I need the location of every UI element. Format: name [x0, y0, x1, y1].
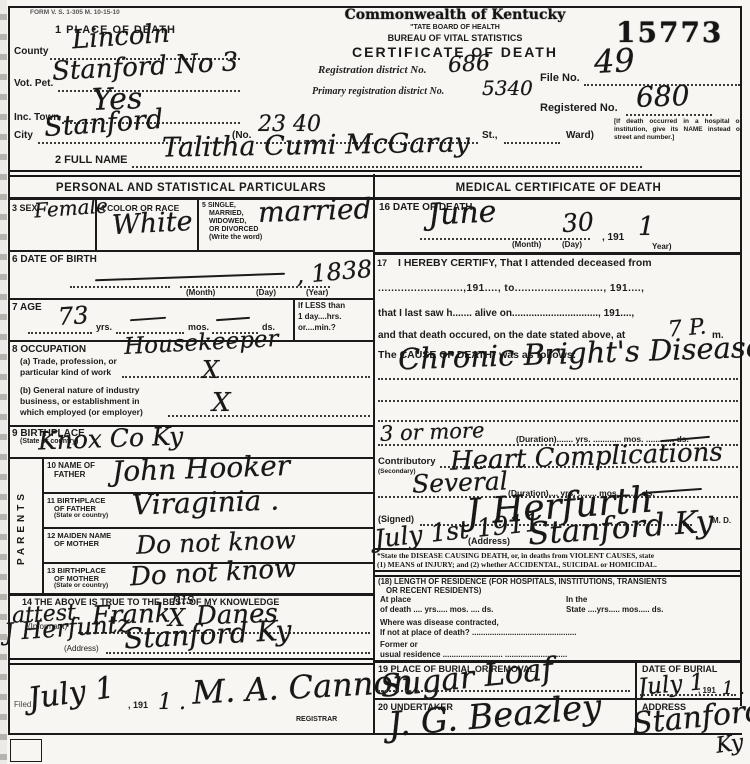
- outer-border-bottom: [8, 733, 742, 735]
- age-box-divider: [293, 298, 295, 340]
- scan-edge-marks: [0, 0, 7, 764]
- certify-line-1: I HEREBY CERTIFY, That I attended deceas…: [398, 257, 652, 269]
- cause-line-1: [378, 378, 738, 380]
- registered-no-line: [626, 114, 712, 116]
- occupation-b-line: [168, 415, 370, 417]
- date-of-death-day-value: 30: [561, 207, 595, 238]
- marital-value: married: [257, 192, 372, 229]
- dob-day-label: (Day): [256, 288, 276, 297]
- date-of-death-month-value: June: [427, 194, 497, 233]
- occupation-a-mark: X: [202, 356, 219, 384]
- date-of-death-month-label: (Month): [512, 240, 541, 249]
- city-label: City: [14, 130, 33, 141]
- registrar-label: REGISTRAR: [296, 716, 337, 723]
- registration-district-value: 686: [447, 51, 490, 78]
- residence-contracted-label-1: Where was disease contracted,: [380, 618, 499, 627]
- informant-address-label: (Address): [64, 644, 99, 653]
- age-value: 73: [57, 301, 89, 331]
- date-of-death-year-label: Year): [652, 242, 672, 251]
- contributory-label: Contributory: [378, 456, 436, 467]
- certify-line-2: ..........................,191...., to..…: [378, 283, 644, 294]
- city-value: Stanford: [43, 104, 164, 143]
- registration-district-label: Registration district No.: [318, 64, 427, 76]
- age-less-label-3: or....min.?: [298, 323, 336, 332]
- medical-row-divider-3: [375, 570, 740, 577]
- dob-label: 6 DATE OF BIRTH: [12, 254, 97, 265]
- occupation-a-line: [122, 376, 370, 378]
- color-marital-divider: [197, 200, 199, 250]
- outer-border-top: [8, 6, 742, 8]
- md-label: M. D.: [712, 516, 731, 525]
- age-yrs-label: yrs.: [96, 322, 112, 332]
- occupation-a-label-1: (a) Trade, profession, or: [20, 356, 117, 366]
- filed-year-printed: , 191: [128, 700, 148, 710]
- occupation-a-label-2: particular kind of work: [20, 367, 111, 377]
- file-no-label: File No.: [540, 72, 580, 84]
- full-name-label: 2 FULL NAME: [55, 154, 128, 166]
- father-name-value: John Hooker: [111, 449, 290, 488]
- death-certificate-scan: FORM V. S. 1-305 M. 10-15-10 1 PLACE OF …: [0, 0, 750, 764]
- county-value: Lincoln: [71, 19, 170, 56]
- residence-at-place-label-2: of death .... yrs..... mos. .... ds.: [380, 605, 493, 614]
- occupation-label: 8 OCCUPATION: [12, 344, 86, 355]
- father-birthplace-value: Viraginia .: [131, 483, 279, 521]
- row-divider-2: [8, 298, 374, 300]
- cause-footnote-1: *State the DISEASE CAUSING DEATH, or, in…: [377, 551, 654, 560]
- full-name-line: [132, 166, 642, 168]
- burial-date-line: [640, 694, 736, 696]
- precinct-line: [58, 90, 240, 92]
- mother-birthplace-value: Do not know: [129, 554, 297, 593]
- age-less-label-2: 1 day....hrs.: [298, 312, 341, 321]
- father-name-label-2: FATHER: [54, 470, 85, 479]
- residence-former-label-1: Former or: [380, 640, 418, 649]
- occupation-b-label-3: which employed (or employer): [20, 407, 143, 417]
- primary-district-label: Primary registration district No.: [312, 86, 444, 97]
- residence-label-2: OR RECENT RESIDENTS): [386, 586, 481, 595]
- personal-section-title: PERSONAL AND STATISTICAL PARTICULARS: [10, 182, 372, 194]
- certify-number: 17: [377, 258, 387, 268]
- age-dash-2: [216, 317, 250, 321]
- physician-address-label: (Address): [468, 536, 510, 546]
- primary-district-value: 5340: [482, 76, 533, 100]
- hospital-note: [If death occurred in a hospital or inst…: [614, 118, 742, 142]
- medical-section-title: MEDICAL CERTIFICATE OF DEATH: [377, 182, 740, 194]
- color-value: White: [111, 206, 193, 241]
- st-label: St.,: [482, 130, 498, 141]
- date-of-death-day-label: (Day): [562, 240, 582, 249]
- date-of-death-year-value: 1: [638, 212, 655, 242]
- dob-line-1: [70, 286, 170, 288]
- age-label: 7 AGE: [12, 302, 42, 313]
- mother-birthplace-hint: (State or country): [54, 582, 108, 589]
- mother-name-label-2: OF MOTHER: [54, 539, 99, 548]
- commonwealth-title: Commonwealth of Kentucky: [300, 7, 610, 23]
- age-dash-1: [130, 317, 166, 322]
- father-name-label-1: 10 NAME OF: [47, 461, 95, 470]
- ward-label: Ward): [566, 130, 594, 141]
- st-line: [504, 142, 560, 144]
- marital-label-1: 5 SINGLE,: [202, 202, 236, 209]
- full-name-value: Talitha Cumi McGaray: [162, 127, 470, 163]
- occupation-b-label-2: business, or establishment in: [20, 396, 140, 406]
- residence-in-state-label-1: In the: [566, 595, 587, 604]
- age-line-1: [28, 332, 92, 334]
- marital-label-4: OR DIVORCED: [209, 226, 258, 233]
- date-of-death-year-printed: , 191: [602, 232, 624, 243]
- residence-contracted-label-2: If not at place of death? ..............…: [380, 628, 576, 637]
- marital-label-3: WIDOWED,: [209, 218, 246, 225]
- burial-date-value: July 1: [637, 669, 705, 701]
- form-number: FORM V. S. 1-305 M. 10-15-10: [30, 9, 120, 16]
- birthplace-value: Knox Co Ky: [38, 421, 184, 455]
- medical-row-divider-2: [375, 548, 740, 550]
- sex-value: Female: [33, 193, 108, 222]
- registered-no-label: Registered No.: [540, 102, 618, 114]
- marital-hint: (Write the word): [209, 234, 262, 241]
- bottom-left-stamp-box: [10, 739, 42, 762]
- marital-label-2: MARRIED,: [209, 210, 244, 217]
- row-divider-1: [8, 250, 374, 252]
- state-board-label: "TATE BOARD OF HEALTH: [300, 24, 610, 31]
- parents-side-divider: [42, 457, 44, 593]
- certify-line-3: that I last saw h....... alive on.......…: [378, 308, 634, 319]
- medical-row-divider-4: [375, 660, 740, 663]
- medical-row-divider-1: [375, 252, 740, 255]
- file-no-value: 49: [593, 41, 636, 81]
- parents-side-label: PARENTS: [16, 480, 27, 574]
- duration-value: 3 or more: [380, 418, 485, 446]
- dob-dash-stroke: [95, 273, 285, 282]
- dob-month-label: (Month): [186, 288, 215, 297]
- dob-year-label: (Year): [306, 288, 328, 297]
- precinct-label: Vot. Pet.: [14, 78, 53, 89]
- bureau-label: BUREAU OF VITAL STATISTICS: [300, 33, 610, 43]
- residence-label-1: (18) LENGTH OF RESIDENCE (FOR HOSPITALS,…: [378, 577, 667, 586]
- column-divider: [373, 174, 375, 733]
- undertaker-address-value-2: Ky: [714, 730, 745, 759]
- secondary-label: (Secondary): [378, 468, 416, 475]
- father-birthplace-hint: (State or country): [54, 512, 108, 519]
- cause-footnote-2: (1) MEANS of INJURY; and (2) whether ACC…: [377, 560, 657, 569]
- cause-line-2: [378, 400, 738, 402]
- occupation-b-mark: X: [212, 388, 231, 418]
- top-section-divider: [8, 170, 742, 177]
- occupation-b-label-1: (b) General nature of industry: [20, 385, 140, 395]
- filed-year-value: 1 .: [158, 690, 186, 715]
- dob-year-value: , 1838: [295, 255, 373, 290]
- residence-at-place-label-1: At place: [380, 595, 411, 604]
- registered-no-value: 680: [635, 79, 690, 114]
- informant-bottom-rule: [8, 658, 374, 665]
- residence-in-state-label-2: State ....yrs..... mos..... ds.: [566, 605, 663, 614]
- age-less-label-1: If LESS than: [298, 301, 345, 310]
- county-label: County: [14, 46, 48, 57]
- filed-date-value: July 1: [26, 670, 117, 717]
